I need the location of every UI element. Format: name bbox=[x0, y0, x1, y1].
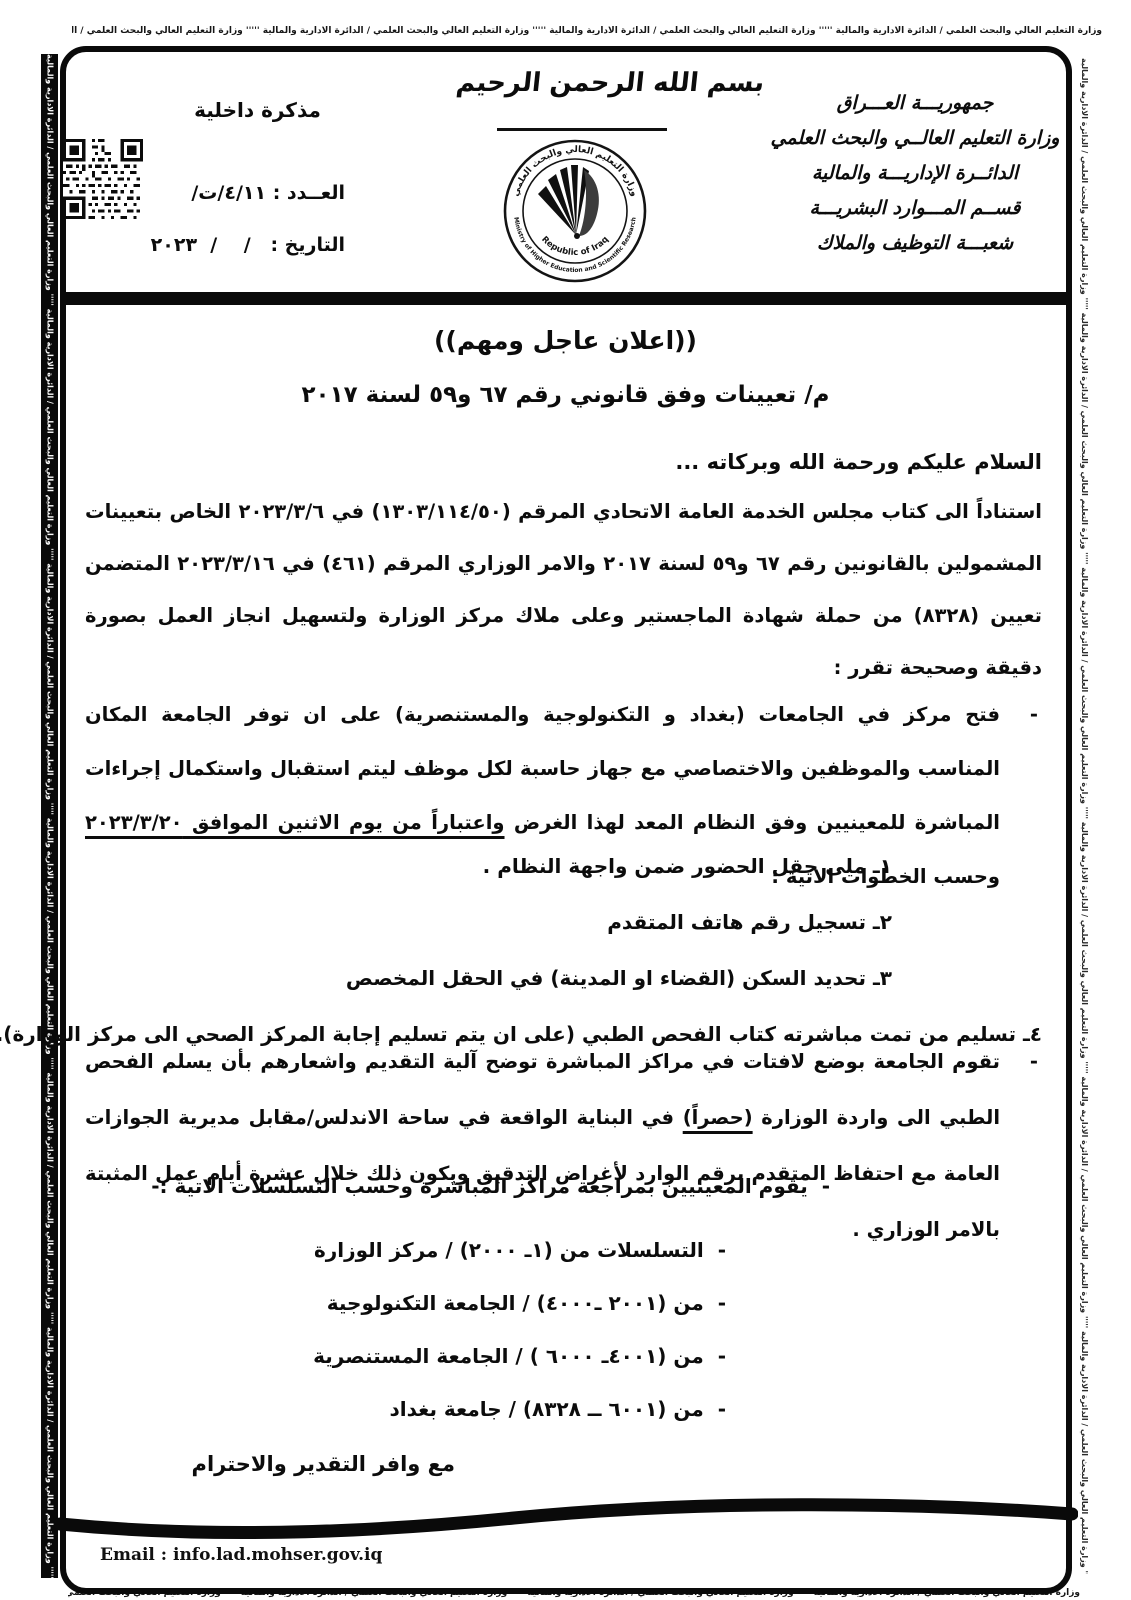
letterhead-line-country: جمهوريـــة العـــراق bbox=[770, 86, 1060, 121]
serial-range-technology-university: - من (٢٠٠١ ـ٤٠٠٠) / الجامعة التكنولوجية bbox=[313, 1277, 726, 1330]
serial-range-baghdad-university: - من (٦٠٠١ ــ ٨٣٢٨) / جامعة بغداد bbox=[313, 1383, 726, 1436]
bullet1-underlined-date: واعتباراً من يوم الاثنين الموافق ٢٠٢٣/٣/… bbox=[85, 811, 505, 834]
seal-rays-emblem bbox=[538, 165, 599, 239]
document-number: العــدد : ٤/١١/ت/ bbox=[150, 182, 345, 204]
directive-bullet-3: - يقوم المعينيين بمراجعة مراكز المباشرة … bbox=[151, 1174, 830, 1198]
bullet2-underlined-exclusive: (حصراً) bbox=[683, 1106, 753, 1129]
edge-text-right: وزارة التعليم العالي والبحث العلمي / الد… bbox=[1077, 58, 1092, 1574]
step-2: ٢ـ تسجيل رقم هاتف المتقدم bbox=[85, 894, 1042, 950]
letterhead-line-department: قســم المـــوارد البشريـــة bbox=[770, 191, 1060, 226]
bismillah-calligraphy: بسم الله الرحمن الرحيم bbox=[452, 68, 708, 124]
bullet-dash: - bbox=[1030, 1034, 1038, 1090]
greeting-line: السلام عليكم ورحمة الله وبركاته ... bbox=[675, 450, 1042, 474]
header-divider bbox=[60, 292, 1072, 305]
footer-email: Email : info.lad.mohser.gov.iq bbox=[100, 1545, 382, 1565]
document-date: التاريخ : / / ٢٠٢٣ bbox=[140, 234, 345, 256]
serial-range-mustansiriyah-university: - من (٤٠٠١ـ ٦٠٠٠ ) / الجامعة المستنصرية bbox=[313, 1330, 726, 1383]
edge-text-top: وزارة التعليم العالي والبحث العلمي / الد… bbox=[72, 23, 1102, 39]
serial-ranges-list: - التسلسلات من (١ـ ٢٠٠٠) / مركز الوزارة … bbox=[313, 1224, 726, 1436]
steps-list: ١ـ ملى حقل الحضور ضمن واجهة النظام . ٢ـ … bbox=[85, 838, 1042, 1062]
ministry-letterhead: جمهوريـــة العـــراق وزارة التعليم العال… bbox=[770, 86, 1060, 261]
memo-type-label: مذكرة داخلية bbox=[185, 98, 330, 122]
intro-paragraph: استناداً الى كتاب مجلس الخدمة العامة الا… bbox=[85, 486, 1042, 694]
serial-range-ministry: - التسلسلات من (١ـ ٢٠٠٠) / مركز الوزارة bbox=[313, 1224, 726, 1277]
subject-line: م/ تعيينات وفق قانوني رقم ٦٧ و٥٩ لسنة ٢٠… bbox=[0, 382, 1131, 408]
announcement-title: ((اعلان عاجل ومهم)) bbox=[0, 326, 1131, 355]
step-1: ١ـ ملى حقل الحضور ضمن واجهة النظام . bbox=[85, 838, 1042, 894]
footer-wavy-rule bbox=[54, 1492, 1078, 1540]
scanned-memo-page: { "decor": { "dash": "-", "edge_text": "… bbox=[0, 0, 1131, 1600]
letterhead-line-directorate: الدائــرة الإداريـــة والمالية bbox=[770, 156, 1060, 191]
ministry-seal-icon: وزارة التعليم العالي والبحث العلمي Minis… bbox=[500, 136, 650, 286]
bullet-dash: - bbox=[1030, 688, 1038, 742]
edge-text-left: وزارة التعليم العالي والبحث العلمي / الد… bbox=[42, 54, 58, 1578]
closing-salutation: مع وافر التقدير والاحترام bbox=[225, 1452, 455, 1476]
step-3: ٣ـ تحديد السكن (القضاء او المدينة) في ال… bbox=[85, 950, 1042, 1006]
edge-strip-left: وزارة التعليم العالي والبحث العلمي / الد… bbox=[41, 54, 58, 1578]
bismillah-underline bbox=[497, 128, 667, 131]
qr-code bbox=[63, 134, 143, 224]
letterhead-line-ministry: وزارة التعليم العالــي والبحث العلمي bbox=[770, 121, 1060, 156]
letterhead-line-division: شعبـــة التوظيف والملاك bbox=[770, 226, 1060, 261]
